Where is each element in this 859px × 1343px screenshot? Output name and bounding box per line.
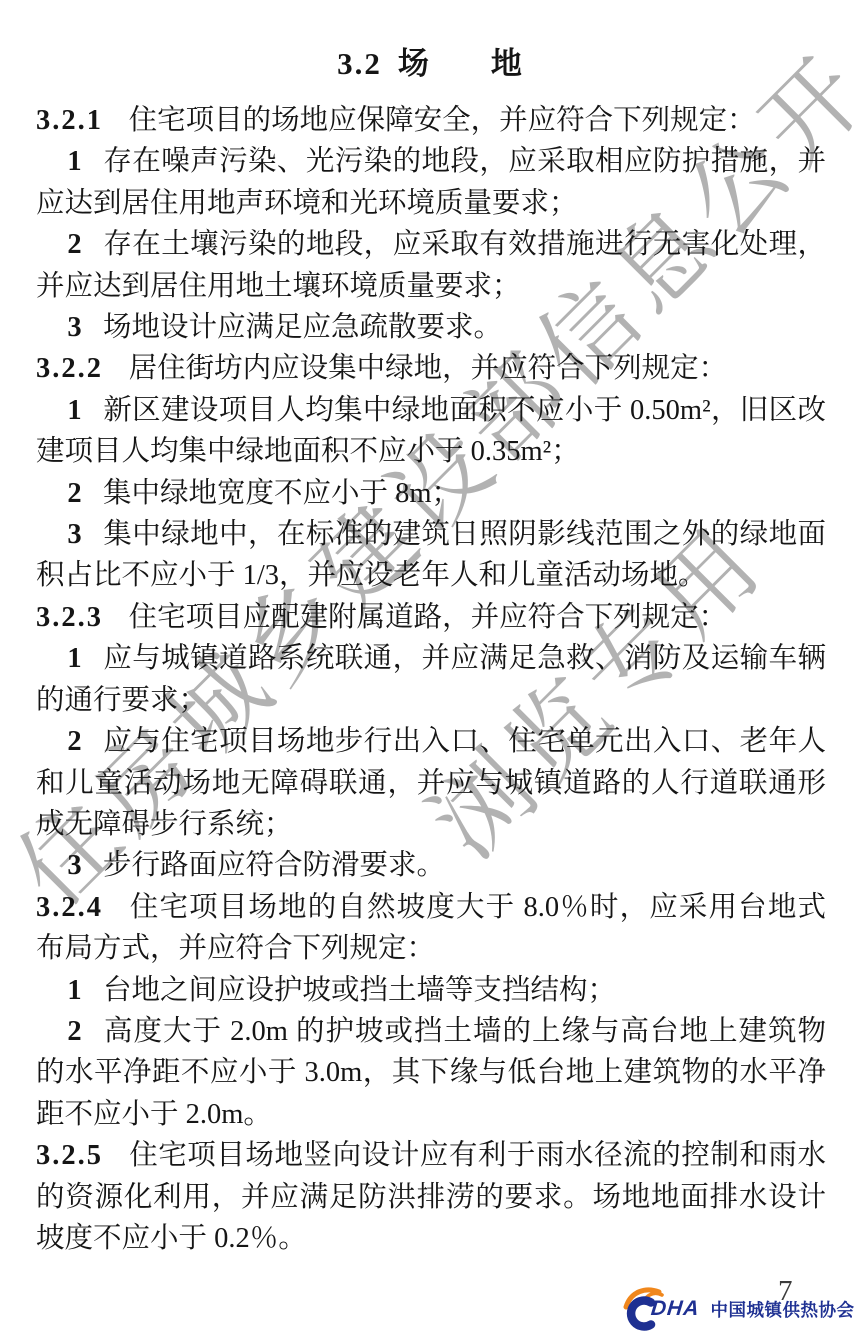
paragraph-text: 居住街坊内应设集中绿地，并应符合下列规定： xyxy=(129,353,728,384)
clause-number: 3.2.2 xyxy=(36,353,103,384)
item-number: 3 xyxy=(67,519,81,550)
item-number: 2 xyxy=(67,229,81,260)
c-swoosh xyxy=(631,1301,651,1327)
section-name: 场 地 xyxy=(398,46,522,81)
item-paragraph: 3场地设计应满足应急疏散要求。 xyxy=(36,307,826,348)
item-paragraph: 1台地之间应设护坡或挡土墙等支挡结构； xyxy=(36,970,826,1011)
item-paragraph: 3集中绿地中，在标准的建筑日照阴影线范围之外的绿地面积占比不应小于 1/3，并应… xyxy=(36,514,826,597)
paragraph-text: 集中绿地宽度不应小于 8m； xyxy=(103,478,460,509)
paragraph-text: 应与住宅项目场地步行出入口、住宅单元出入口、老年人和儿童活动场地无障碍联通，并应… xyxy=(36,726,826,840)
clause-number: 3.2.3 xyxy=(36,602,103,633)
item-paragraph: 2集中绿地宽度不应小于 8m； xyxy=(36,473,826,514)
item-paragraph: 2应与住宅项目场地步行出入口、住宅单元出入口、老年人和儿童活动场地无障碍联通，并… xyxy=(36,721,826,845)
item-number: 3 xyxy=(67,312,81,343)
item-paragraph: 3步行路面应符合防滑要求。 xyxy=(36,845,826,886)
item-number: 3 xyxy=(67,850,81,881)
paragraph-text: 存在噪声污染、光污染的地段，应采取相应防护措施，并应达到居住用地声环境和光环境质… xyxy=(36,146,826,218)
clause-paragraph: 3.2.2居住街坊内应设集中绿地，并应符合下列规定： xyxy=(36,348,826,389)
page-title: 3.2场 地 xyxy=(0,46,859,82)
item-paragraph: 1存在噪声污染、光污染的地段，应采取相应防护措施，并应达到居住用地声环境和光环境… xyxy=(36,141,826,224)
paragraph-text: 场地设计应满足应急疏散要求。 xyxy=(103,312,502,343)
clause-paragraph: 3.2.4住宅项目场地的自然坡度大于 8.0％时，应采用台地式布局方式，并应符合… xyxy=(36,887,826,970)
page-number: 7 xyxy=(778,1276,793,1306)
item-paragraph: 2存在土壤污染的地段，应采取有效措施进行无害化处理，并应达到居住用地土壤环境质量… xyxy=(36,224,826,307)
document-body: 3.2.1住宅项目的场地应保障安全，并应符合下列规定：1存在噪声污染、光污染的地… xyxy=(36,100,826,1259)
clause-paragraph: 3.2.1住宅项目的场地应保障安全，并应符合下列规定： xyxy=(36,100,826,141)
paragraph-text: 集中绿地中，在标准的建筑日照阴影线范围之外的绿地面积占比不应小于 1/3，并应设… xyxy=(36,519,826,591)
paragraph-text: 存在土壤污染的地段，应采取有效措施进行无害化处理，并应达到居住用地土壤环境质量要… xyxy=(36,229,826,301)
item-number: 1 xyxy=(67,643,81,674)
paragraph-text: 住宅项目应配建附属道路，并应符合下列规定： xyxy=(129,602,728,633)
item-number: 2 xyxy=(67,478,81,509)
paragraph-text: 住宅项目场地竖向设计应有利于雨水径流的控制和雨水的资源化利用，并应满足防洪排涝的… xyxy=(36,1140,826,1254)
clause-number: 3.2.1 xyxy=(36,105,103,136)
clause-number: 3.2.4 xyxy=(36,892,103,923)
clause-paragraph: 3.2.3住宅项目应配建附属道路，并应符合下列规定： xyxy=(36,597,826,638)
item-number: 1 xyxy=(67,146,81,177)
clause-number: 3.2.5 xyxy=(36,1140,103,1171)
paragraph-text: 步行路面应符合防滑要求。 xyxy=(103,850,445,881)
item-number: 1 xyxy=(67,975,81,1006)
logo-acronym: DHA xyxy=(650,1297,701,1321)
paragraph-text: 应与城镇道路系统联通，并应满足急救、消防及运输车辆的通行要求； xyxy=(36,643,826,715)
paragraph-text: 住宅项目场地的自然坡度大于 8.0％时，应采用台地式布局方式，并应符合下列规定： xyxy=(36,892,826,964)
section-number: 3.2 xyxy=(337,46,382,81)
paragraph-text: 高度大于 2.0m 的护坡或挡土墙的上缘与高台地上建筑物的水平净距不应小于 3.… xyxy=(36,1016,826,1130)
item-number: 1 xyxy=(67,395,81,426)
paragraph-text: 台地之间应设护坡或挡土墙等支挡结构； xyxy=(103,975,616,1006)
document-page: { "page": { "title": { "section_no": "3.… xyxy=(0,0,859,1343)
item-number: 2 xyxy=(67,726,81,757)
item-paragraph: 2高度大于 2.0m 的护坡或挡土墙的上缘与高台地上建筑物的水平净距不应小于 3… xyxy=(36,1011,826,1135)
item-number: 2 xyxy=(67,1016,81,1047)
item-paragraph: 1新区建设项目人均集中绿地面积不应小于 0.50m²，旧区改建项目人均集中绿地面… xyxy=(36,390,826,473)
association-logo: DHA 中国城镇供热协会 xyxy=(620,1286,855,1332)
paragraph-text: 新区建设项目人均集中绿地面积不应小于 0.50m²，旧区改建项目人均集中绿地面积… xyxy=(36,395,826,467)
clause-paragraph: 3.2.5住宅项目场地竖向设计应有利于雨水径流的控制和雨水的资源化利用，并应满足… xyxy=(36,1135,826,1259)
item-paragraph: 1应与城镇道路系统联通，并应满足急救、消防及运输车辆的通行要求； xyxy=(36,638,826,721)
paragraph-text: 住宅项目的场地应保障安全，并应符合下列规定： xyxy=(129,105,756,136)
